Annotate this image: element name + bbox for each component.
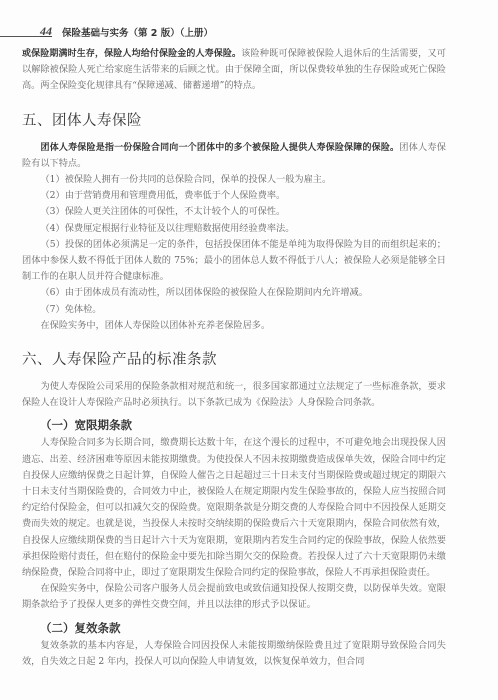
feature-item-4: （4）保费厘定根据行业特征及以往理赔数据使用经验费率法。 [22, 221, 446, 237]
definition-bold: 团体人寿保险是指一份保险合同向一个团体中的多个被保险人提供人寿保险保障的保险。 [41, 143, 400, 153]
section-5-closing: 在保险实务中，团体人寿保险以团体补充养老保险居多。 [22, 318, 446, 334]
section-6-title: 六、人寿保险产品的标准条款 [22, 348, 446, 369]
reinstatement-paragraph-1: 复效条款的基本内容是，人寿保险合同因投保人未能按期缴纳保险费且过了宽限期导致保险… [22, 638, 446, 670]
section-5-definition: 团体人寿保险是指一份保险合同向一个团体中的多个被保险人提供人寿保险保障的保险。团… [22, 140, 446, 172]
feature-item-6: （6）由于团体成员有流动性，所以团体保险的被保险人在保险期间内允许增减。 [22, 285, 446, 301]
intro-paragraph: 或保险期满时生存，保险人均给付保险金的人寿保险。该险种既可保障被保险人退休后的生… [22, 46, 446, 95]
page-body: 或保险期满时生存，保险人均给付保险金的人寿保险。该险种既可保障被保险人退休后的生… [22, 46, 446, 670]
subsection-reinstatement-title: （二）复效条款 [40, 620, 446, 636]
feature-item-7: （7）免体检。 [22, 302, 446, 318]
subsection-grace-period-title: （一）宽限期条款 [40, 417, 446, 433]
grace-period-paragraph-1: 人寿保险合同多为长期合同，缴费期长达数十年，在这个漫长的过程中，不可避免地会出现… [22, 435, 446, 581]
feature-item-1: （1）被保险人拥有一份共同的总保险合同，保单的投保人一般为雇主。 [22, 172, 446, 188]
feature-item-2: （2）由于营销费用和管理费用低，费率低于个人保险费率。 [22, 188, 446, 204]
intro-bold-lead: 或保险期满时生存，保险人均给付保险金的人寿保险。 [22, 49, 241, 59]
page-number: 44 [40, 24, 52, 39]
grace-period-paragraph-2: 在保险实务中，保险公司客户服务人员会提前致电或致信通知投保人按期交费，以防保单失… [22, 581, 446, 613]
feature-item-5: （5）投保的团体必须满足一定的条件，包括投保团体不能是单纯为取得保险为目的而组织… [22, 237, 446, 286]
page-header: 44 保险基础与实务（第 2 版）（上册） [0, 24, 498, 38]
book-title: 保险基础与实务（第 2 版）（上册） [62, 25, 213, 39]
feature-item-3: （3）保险人更关注团体的可保性，不太计较个人的可保性。 [22, 204, 446, 220]
section-6-intro: 为使人寿保险公司采用的保险条款相对规范和统一，很多国家都通过立法规定了一些标准条… [22, 379, 446, 411]
section-5-title: 五、团体人寿保险 [22, 109, 446, 130]
